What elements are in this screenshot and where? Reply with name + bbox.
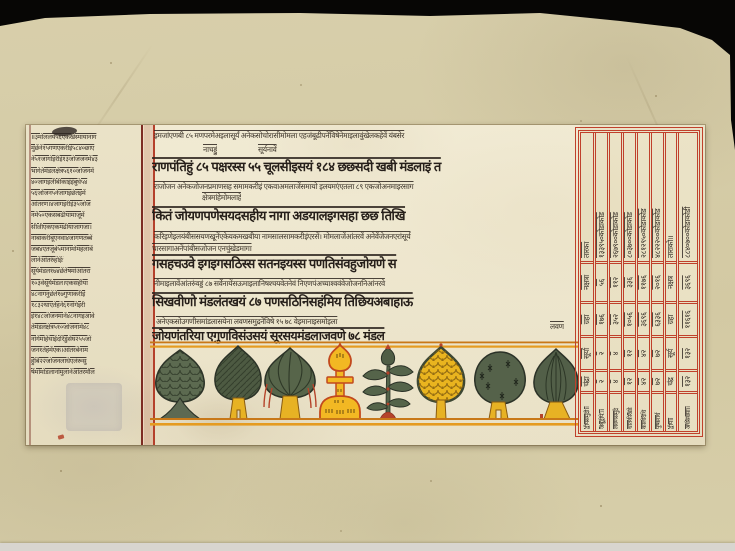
row-label-cell: द्वीपसमुद्री॥: [581, 391, 593, 431]
margin-text-line: ४०जागइलीबीकाइंइंबुघे५४: [31, 177, 143, 188]
margin-text-line: आंतरण।४जागइरीइं३५जोज: [31, 199, 143, 210]
table-row: द्वीप॥ चंद्र सूर्य ग्रहा नक्षत्र ताराको॥: [666, 133, 679, 431]
taraka-cell: ४८२२२००कोडाकोड: [652, 133, 663, 261]
paper-specks: [0, 0, 2, 2]
margin-text-line: १०३वेंसूर्यमंडल।एकसहीया: [31, 278, 143, 289]
margin-text-line: र्षमांमोडलानांमुलानेंआंतरमौल: [31, 367, 143, 378]
naksatra-cell: ११७६: [638, 261, 649, 301]
margin-text-line: जन१तेहमेंएक।आंतरबेंनाम: [31, 345, 143, 356]
margin-text-line: सील्रीएकएकमढीयाजागजा।: [31, 222, 143, 233]
graha-cell: १०५६: [624, 301, 635, 335]
margin-text-line: ५६जोजन५नेजागइछेतइमें: [31, 188, 143, 199]
surya-cell: १२: [624, 335, 635, 369]
taraka-cell: ८०३७००कोडाकोड: [624, 133, 635, 261]
naksatra-cell: ५६: [596, 261, 607, 301]
margin-text-line: भागेतेमंडलक्षेत्र५६१०जोजनमें: [31, 166, 143, 177]
surya-cell: ७२: [652, 335, 663, 369]
surya-cell: १३२: [679, 335, 697, 369]
panel-ground-rule-thin: [150, 418, 578, 420]
manuscript-photograph: ॥३मोललय५६एकखेस्मायानागमुंछेनें१५गणएकरीइं…: [0, 0, 735, 551]
tree-8-veined-leaf: veined leaf-shaped tree: [534, 349, 578, 419]
tree-painting-panel: scale-foliage tree hatched-foliage tree …: [150, 340, 578, 432]
graha-cell: ग्रहा: [581, 301, 593, 335]
table-row: जंबूद्वीपे:॥ २ २ १७६ ५६ १३३९५०कोडाकोड: [596, 133, 610, 431]
taraka-cell: ८८४०७००कोडाकोडी: [679, 133, 697, 261]
margin-text-line: ॥३मोललय५६एकखेस्मायानाग: [31, 132, 143, 143]
luminaries-table: द्वीपसमुद्री॥ चंद्रा सूर्या ग्रहा नक्षत्…: [578, 130, 700, 434]
red-paint-fleck: [58, 434, 65, 439]
margin-text-line: नाबाकरीबूएनवा४जागणतब्बे: [31, 233, 143, 244]
candra-cell: २: [596, 369, 607, 391]
margin-text-line: तेमंडलक्षेत्र५१०जोजनामें४८: [31, 322, 143, 333]
interlinear-gloss: क्षेत्रमांहेमोमलाहे: [202, 192, 241, 204]
tree-1-scale-foliage: scale-foliage tree: [156, 350, 204, 419]
candra-cell: ४: [610, 369, 621, 391]
row-label-cell: अर्धसंख्या॥: [679, 391, 697, 431]
row-label-cell: पुष्करार्ध: [652, 391, 663, 431]
main-text-line-small: करिइणेइलयंबीससयणखूनेंएकेयकमखबीया नामसालस…: [154, 231, 580, 243]
candra-cell: १३२: [679, 369, 697, 391]
main-text-line-large: सिखवीणो मंडलंतखयं ८७ पणसठिनिसहंमिय तिछिय…: [152, 290, 580, 314]
taraka-cell: तारका: [581, 133, 593, 261]
margin-text-line: इं१४८जोजनमानें४८नागइआवे: [31, 311, 143, 322]
graha-cell: ११६१६: [679, 301, 697, 335]
candra-cell: ४२: [638, 369, 649, 391]
row-label-cell: द्वीप॥: [666, 391, 676, 431]
table-row: पुष्करार्ध ७२ ७२ ६३३६ २०१६ ४८२२२००कोडाको…: [652, 133, 666, 431]
taraka-cell: १३३९५०कोडाकोड: [596, 133, 607, 261]
naksatra-cell: ३३६: [624, 261, 635, 301]
panel-top-rule-thin: [150, 342, 578, 344]
main-text-line-small: नीमाइलावेंआंतरुंवड्डं ८७ सर्वेनायेंसऊमाइ…: [154, 278, 580, 290]
margin-text-line: मुंछेनें१५गणएकरीइं५८४०छाए: [31, 143, 143, 154]
margin-text-line: हुंबि२२जोजनलाधेएलंरूसु: [31, 356, 143, 367]
table-row: द्वीपसमुद्री॥ चंद्रा सूर्या ग्रहा नक्षत्…: [581, 133, 596, 431]
main-text-line-large: राणपंतिहुं ८५ पक्षरस्स ५५ चूलसीइसयं १८४ …: [152, 155, 580, 179]
graha-cell: ३५२: [610, 301, 621, 335]
graha-cell: ग्रहा: [666, 301, 676, 335]
shrine-monument: golden shrine with dome, staff and leaf …: [320, 342, 360, 419]
table-row: कालोदधि ४२ ४२ ३६९६ ११७६ २८१२९५०कोडाकोड: [638, 133, 652, 431]
row-label-cell: कालोदधि: [638, 391, 649, 431]
table-row: अर्धसंख्या॥ १३२ १३२ ११६१६ ३६९६ ८८४०७००को…: [679, 133, 697, 431]
margin-text-line: लानेंआंतरुंहोईः: [31, 255, 143, 266]
naksatra-cell: ११२: [610, 261, 621, 301]
tree-6-golden-honeycomb: golden honeycomb-foliage tree: [418, 343, 464, 419]
candra-cell: चंद्र: [666, 369, 676, 391]
candra-cell: ७२: [652, 369, 663, 391]
panel-ground-rule-thick: [150, 423, 578, 426]
margin-text-line: जब४एतजूबे५मानामोमहलाबें: [31, 244, 143, 255]
surya-cell: सूर्य: [666, 335, 676, 369]
faint-collection-stamp: [66, 383, 122, 431]
graha-cell: ३६९६: [638, 301, 649, 335]
main-text-line-large: गसहचउवे इगइगसठिस्स सतनइयस्स पणतिसंवहुजोय…: [152, 252, 580, 276]
margin-text-line: ने५१जागोइरीइं१३जोजजनमें४३: [31, 154, 143, 165]
naksatra-cell: २०१६: [652, 261, 663, 301]
main-text-line-large: कितं जोयणपणेसयदसहीय नागा अडयालइगसहा छछ त…: [152, 204, 580, 228]
surya-cell: सूर्या: [581, 335, 593, 369]
luminaries-table-grid: द्वीपसमुद्री॥ चंद्रा सूर्या ग्रहा नक्षत्…: [578, 130, 700, 434]
row-label-cell: जंबूद्वीपे:॥: [596, 391, 607, 431]
tree-2-hatched-foliage: hatched-foliage tree: [215, 346, 261, 419]
margin-text-line: १८३२थाएतेहनें६१नांगेइरी: [31, 300, 143, 311]
candra-cell: १२: [624, 369, 635, 391]
panel-top-rule-thick: [150, 346, 578, 348]
margin-text-line: नमें५०एकसबढीयामाजूमें: [31, 210, 143, 221]
surya-cell: ४: [610, 335, 621, 369]
surya-cell: ४२: [638, 335, 649, 369]
margin-text-line: ४८नागनुछेते१७गुणाकरीइं: [31, 289, 143, 300]
main-text-line-small: इमजांएणबी ८५ मणपरमेअइलासूर्यं अनेकसोचोरा…: [154, 130, 580, 142]
sapling-bud: [381, 348, 394, 365]
tree-5-sapling: sapling with red-tipped bud: [363, 344, 413, 419]
naksatra-cell: नक्षत्रा: [581, 261, 593, 301]
mat-edge-strip: [0, 543, 735, 551]
row-label-cell: लवणसमुद्रे: [610, 391, 621, 431]
graha-cell: १७६: [596, 301, 607, 335]
naksatra-cell: ३६९६: [679, 261, 697, 301]
margin-commentary-column: ॥३मोललय५६एकखेस्मायानागमुंछेनें१५गणएकरीइं…: [31, 132, 143, 382]
taraka-cell: २८१२९५०कोडाकोड: [638, 133, 649, 261]
taraka-cell: ताराको॥: [666, 133, 676, 261]
margin-text-line: सूर्यमंडल१७४छेतेषमांआंतरा: [31, 266, 143, 277]
manuscript-leaf: ॥३मोललय५६एकखेस्मायानागमुंछेनें१५गणएकरीइं…: [26, 125, 705, 445]
taraka-cell: २६७९००कोडाकोड: [610, 133, 621, 261]
shrine-crossbar: [327, 377, 353, 383]
table-row: धातकीखंडे १२ १२ १०५६ ३३६ ८०३७००कोडाकोड: [624, 133, 638, 431]
surya-cell: २: [596, 335, 607, 369]
candra-cell: चंद्रा: [581, 369, 593, 391]
tree-7-flower-marks: round tree with flower marks: [475, 352, 525, 419]
naksatra-cell: नक्षत्र: [666, 261, 676, 301]
margin-text-line: नांगेमांहेंथाईदरिडुंसेघ२५५जो: [31, 334, 143, 345]
tree-3-banyan-red-roots: banyan tree with red aerial roots: [264, 348, 316, 419]
table-row: लवणसमुद्रे ४ ४ ३५२ ११२ २६७९००कोडाकोड: [610, 133, 624, 431]
row-label-cell: धातकीखंडे: [624, 391, 635, 431]
graha-cell: ६३३६: [652, 301, 663, 335]
shrine-dome: [320, 396, 360, 419]
shrine-leaf-finial: [329, 345, 351, 371]
